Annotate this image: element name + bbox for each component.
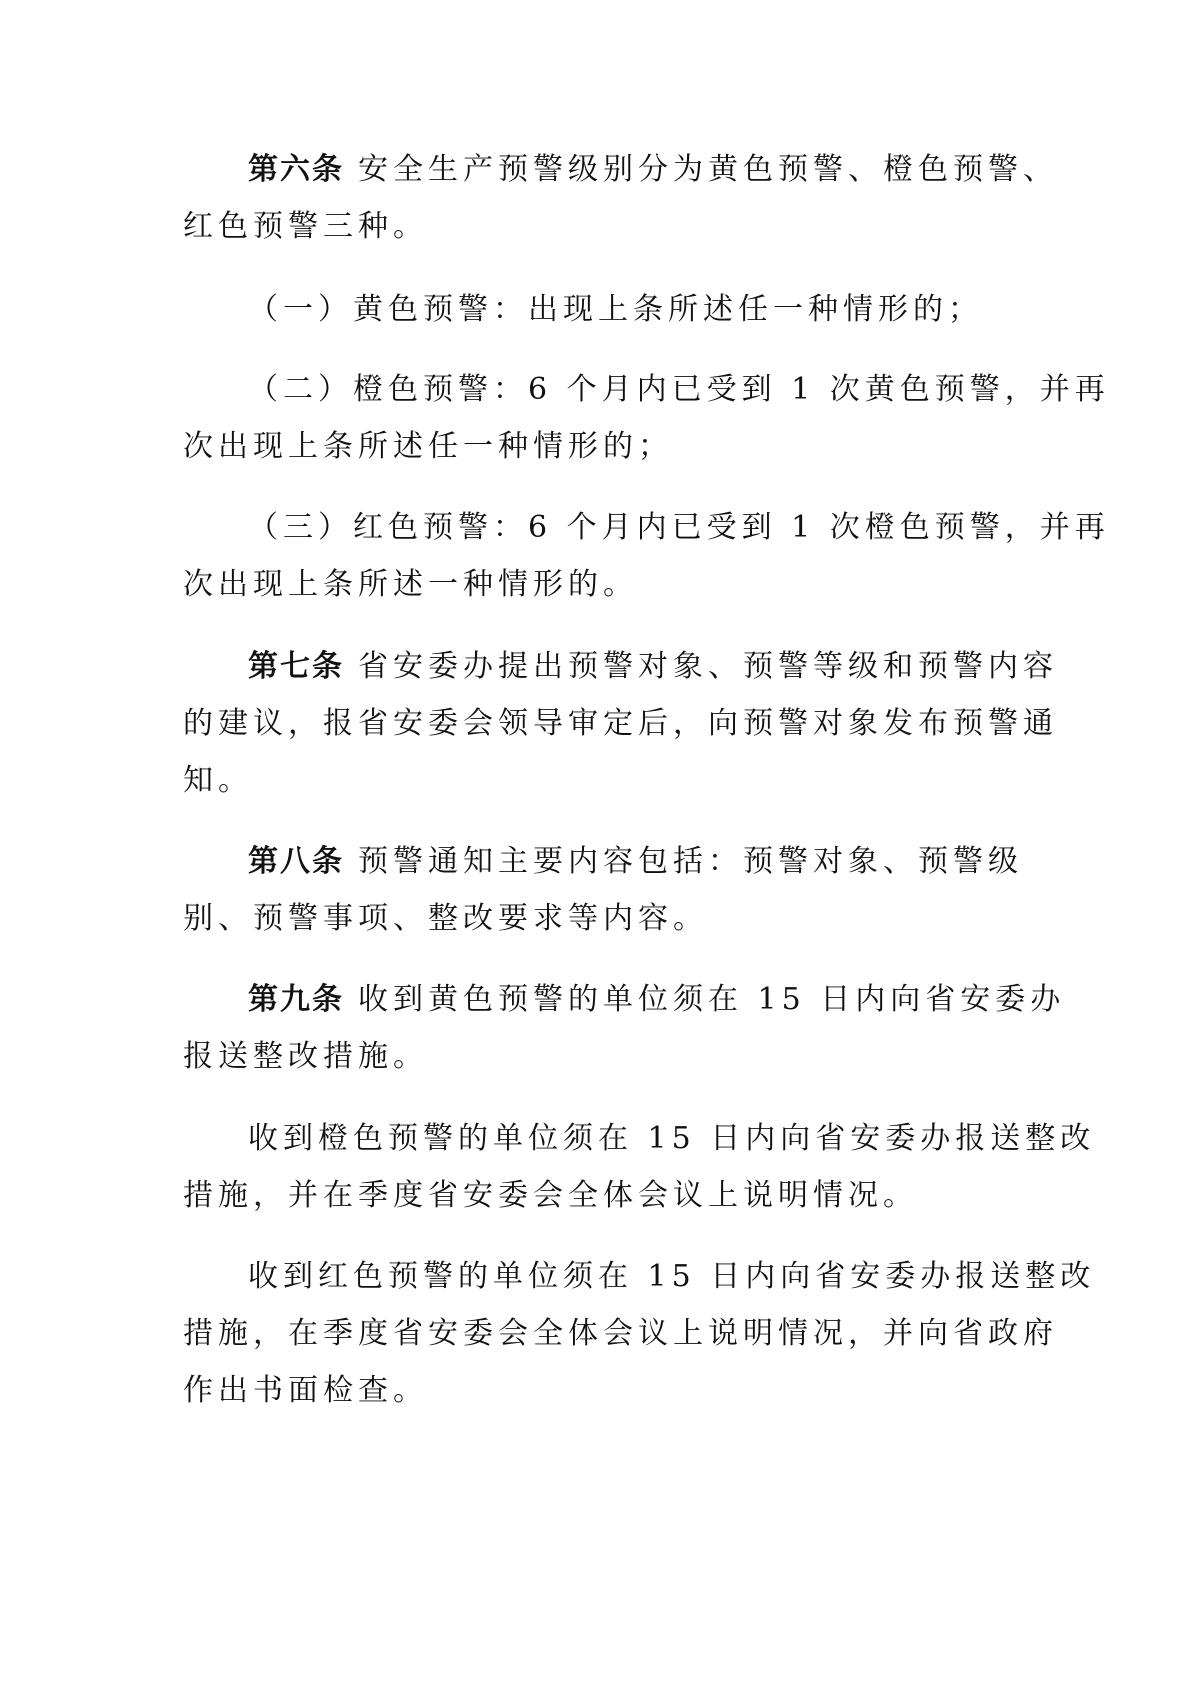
item-1-line-1: （一）黄色预警：出现上条所述任一种情形的；: [248, 290, 983, 330]
item-3-line-1: （三）红色预警：6 个月内已受到 1 次橙色预警，并再: [248, 508, 1110, 548]
article-7-line-3: 知。: [183, 761, 253, 801]
article-number: 第九条: [248, 982, 344, 1017]
article-9-para-3-line-2: 措施，在季度省安委会全体会议上说明情况，并向省政府: [183, 1314, 1058, 1354]
article-9-line-1: 第九条收到黄色预警的单位须在 15 日内向省安委办: [248, 980, 1065, 1020]
article-6-line-1: 第六条安全生产预警级别分为黄色预警、橙色预警、: [248, 150, 1058, 190]
item-2-line-1: （二）橙色预警：6 个月内已受到 1 次黄色预警，并再: [248, 370, 1110, 410]
article-9-para-2-line-1: 收到橙色预警的单位须在 15 日内向省安委办报送整改: [248, 1119, 1095, 1159]
article-8-line-2: 别、预警事项、整改要求等内容。: [183, 899, 708, 939]
article-7-line-2: 的建议，报省安委会领导审定后，向预警对象发布预警通: [183, 704, 1058, 744]
article-text: 省安委办提出预警对象、预警等级和预警内容: [358, 649, 1058, 684]
article-9-line-2: 报送整改措施。: [183, 1037, 428, 1077]
article-number: 第六条: [248, 152, 344, 187]
article-6-line-2: 红色预警三种。: [183, 207, 428, 247]
article-text: 收到黄色预警的单位须在 15 日内向省安委办: [358, 982, 1065, 1017]
document-page: 第六条安全生产预警级别分为黄色预警、橙色预警、 红色预警三种。 （一）黄色预警：…: [0, 0, 1190, 1683]
item-3-line-2: 次出现上条所述一种情形的。: [183, 565, 638, 605]
article-9-para-3-line-1: 收到红色预警的单位须在 15 日内向省安委办报送整改: [248, 1257, 1095, 1297]
article-9-para-3-line-3: 作出书面检查。: [183, 1371, 428, 1411]
article-number: 第七条: [248, 649, 344, 684]
article-9-para-2-line-2: 措施，并在季度省安委会全体会议上说明情况。: [183, 1176, 918, 1216]
article-text: 预警通知主要内容包括：预警对象、预警级: [358, 844, 1023, 879]
article-8-line-1: 第八条预警通知主要内容包括：预警对象、预警级: [248, 842, 1023, 882]
item-2-line-2: 次出现上条所述任一种情形的；: [183, 427, 673, 467]
article-number: 第八条: [248, 844, 344, 879]
article-text: 安全生产预警级别分为黄色预警、橙色预警、: [358, 152, 1058, 187]
article-7-line-1: 第七条省安委办提出预警对象、预警等级和预警内容: [248, 647, 1058, 687]
